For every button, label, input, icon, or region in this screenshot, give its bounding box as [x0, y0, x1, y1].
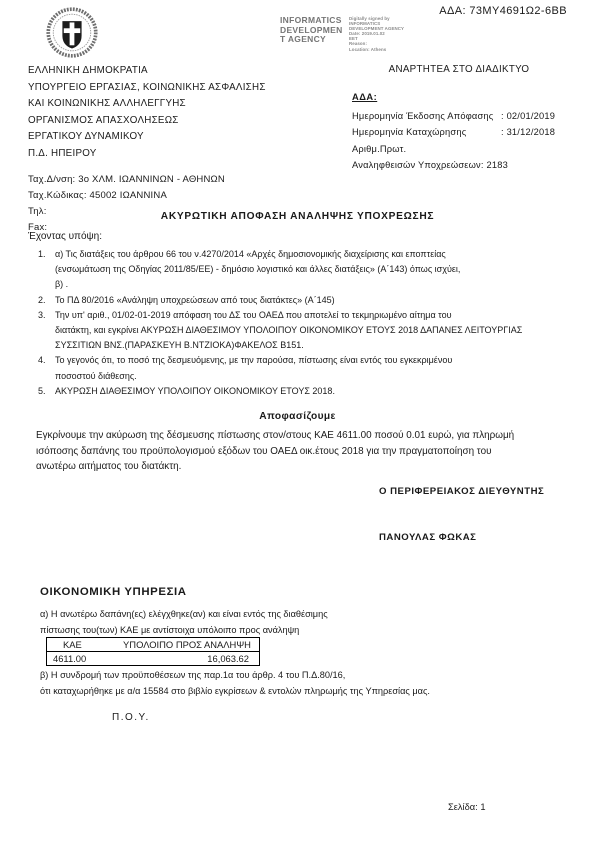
- issuer-line: ΕΡΓΑΤΙΚΟΥ ΔΥΝΑΜΙΚΟΥ: [28, 129, 266, 146]
- metadata-row: Αριθμ.Πρωτ.: [352, 141, 555, 157]
- balance-value-cell: 16,063.62: [111, 653, 253, 664]
- signatory-title: Ο ΠΕΡΙΦΕΡΕΙΑΚΟΣ ΔΙΕΥΘΥΝΤΗΣ: [379, 486, 544, 497]
- issuer-line: ΕΛΛΗΝΙΚΗ ΔΗΜΟΚΡΑΤΙΑ: [28, 63, 266, 80]
- kae-table-header-row: ΚΑΕ ΥΠΟΛΟΙΠΟ ΠΡΟΣ ΑΝΑΛΗΨΗ: [47, 638, 259, 652]
- metadata-row: Αναληφθεισών Υποχρεώσεων: 2183: [352, 157, 555, 173]
- contact-line: Ταχ.Δ/νση: 3ο ΧΛΜ. ΙΩΑΝΝΙΝΩΝ - ΑΘΗΝΩΝ: [28, 172, 225, 188]
- contact-block: Ταχ.Δ/νση: 3ο ΧΛΜ. ΙΩΑΝΝΙΝΩΝ - ΑΘΗΝΩΝ Τα…: [28, 172, 225, 236]
- document-title: ΑΚΥΡΩΤΙΚΗ ΑΠΟΦΑΣΗ ΑΝΑΛΗΨΗΣ ΥΠΟΧΡΕΩΣΗΣ: [0, 211, 595, 222]
- preamble-item: 3. Την υπ' αριθ., 01/02-01-2019 απόφαση …: [38, 308, 577, 354]
- preamble-heading: Έχοντας υπόψη:: [28, 231, 102, 242]
- issuer-line: Π.Δ. ΗΠΕΙΡΟΥ: [28, 146, 266, 163]
- financial-note-b: β) Η συνδρομή των προϋποθέσεων της παρ.1…: [40, 668, 430, 700]
- financial-note-a: α) Η ανωτέρω δαπάνη(ες) ελέγχθηκε(αν) κα…: [40, 607, 328, 638]
- metadata-row: Ημερομηνία Καταχώρησης : 31/12/2018: [352, 124, 555, 140]
- issuer-line: ΚΑΙ ΚΟΙΝΩΝΙΚΗΣ ΑΛΛΗΛΕΓΓΥΗΣ: [28, 96, 266, 113]
- signatory-name: ΠΑΝΟΥΛΑΣ ΦΩΚΑΣ: [379, 532, 476, 543]
- greek-coat-of-arms-icon: [44, 6, 100, 59]
- issuer-line: ΟΡΓΑΝΙΣΜΟΣ ΑΠΑΣΧΟΛΗΣΕΩΣ: [28, 113, 266, 130]
- financial-service-heading: ΟΙΚΟΝΟΜΙΚΗ ΥΠΗΡΕΣΙΑ: [40, 586, 187, 598]
- balance-header-cell: ΥΠΟΛΟΙΠΟ ΠΡΟΣ ΑΝΑΛΗΨΗ: [121, 639, 253, 650]
- metadata-fields: ΑΔΑ: Ημερομηνία Έκδοσης Απόφασης : 02/01…: [352, 89, 555, 173]
- preamble-list: 1. α) Τις διατάξεις του άρθρου 66 του ν.…: [38, 247, 577, 399]
- signer-agency-name: INFORMATICS DEVELOPMEN T AGENCY: [280, 16, 344, 45]
- anartitea-label: ΑΝΑΡΤΗΤΕΑ ΣΤΟ ΔΙΑΔΙΚΤΥΟ: [350, 64, 568, 75]
- preamble-item: 4. Το γεγονός ότι, το ποσό της δεσμευόμε…: [38, 353, 577, 383]
- preamble-item: 5. ΑΚΥΡΩΣΗ ΔΙΑΘΕΣΙΜΟΥ ΥΠΟΛΟΙΠΟΥ ΟΙΚΟΝΟΜΙ…: [38, 384, 577, 399]
- preamble-item: 2. Το ΠΔ 80/2016 «Ανάληψη υποχρεώσεων απ…: [38, 293, 577, 308]
- kae-table: ΚΑΕ ΥΠΟΛΟΙΠΟ ΠΡΟΣ ΑΝΑΛΗΨΗ 4611.00 16,063…: [46, 637, 260, 666]
- preamble-item: 1. α) Τις διατάξεις του άρθρου 66 του ν.…: [38, 247, 577, 293]
- kae-table-row: 4611.00 16,063.62: [47, 652, 259, 665]
- issuer-line: ΥΠΟΥΡΓΕΙΟ ΕΡΓΑΣΙΑΣ, ΚΟΙΝΩΝΙΚΗΣ ΑΣΦΑΛΙΣΗΣ: [28, 80, 266, 97]
- issuer-block: ΕΛΛΗΝΙΚΗ ΔΗΜΟΚΡΑΤΙΑ ΥΠΟΥΡΓΕΙΟ ΕΡΓΑΣΙΑΣ, …: [28, 63, 266, 162]
- ada-field-label: ΑΔΑ:: [352, 89, 555, 105]
- document-page: ΑΔΑ: 73ΜΥ4691Ω2-6ΒΒ INFORMATICS DEVELOPM…: [0, 0, 595, 842]
- decision-heading: Αποφασίζουμε: [0, 411, 595, 422]
- decision-body: Εγκρίνουμε την ακύρωση της δέσμευσης πίσ…: [36, 428, 568, 475]
- kae-header-cell: ΚΑΕ: [53, 639, 121, 650]
- kae-value-cell: 4611.00: [53, 653, 111, 664]
- metadata-row: Ημερομηνία Έκδοσης Απόφασης : 02/01/2019: [352, 108, 555, 124]
- ada-number: ΑΔΑ: 73ΜΥ4691Ω2-6ΒΒ: [439, 5, 567, 17]
- digital-signature-stamp: INFORMATICS DEVELOPMEN T AGENCY Digitall…: [280, 16, 404, 52]
- page-number: Σελίδα: 1: [448, 802, 486, 812]
- contact-line: Ταχ.Κώδικας: 45002 ΙΩΑΝΝΙΝΑ: [28, 188, 225, 204]
- signature-details: Digitally signed by INFORMATICS DEVELOPM…: [349, 16, 404, 52]
- poy-label: Π.Ο.Υ.: [112, 712, 150, 723]
